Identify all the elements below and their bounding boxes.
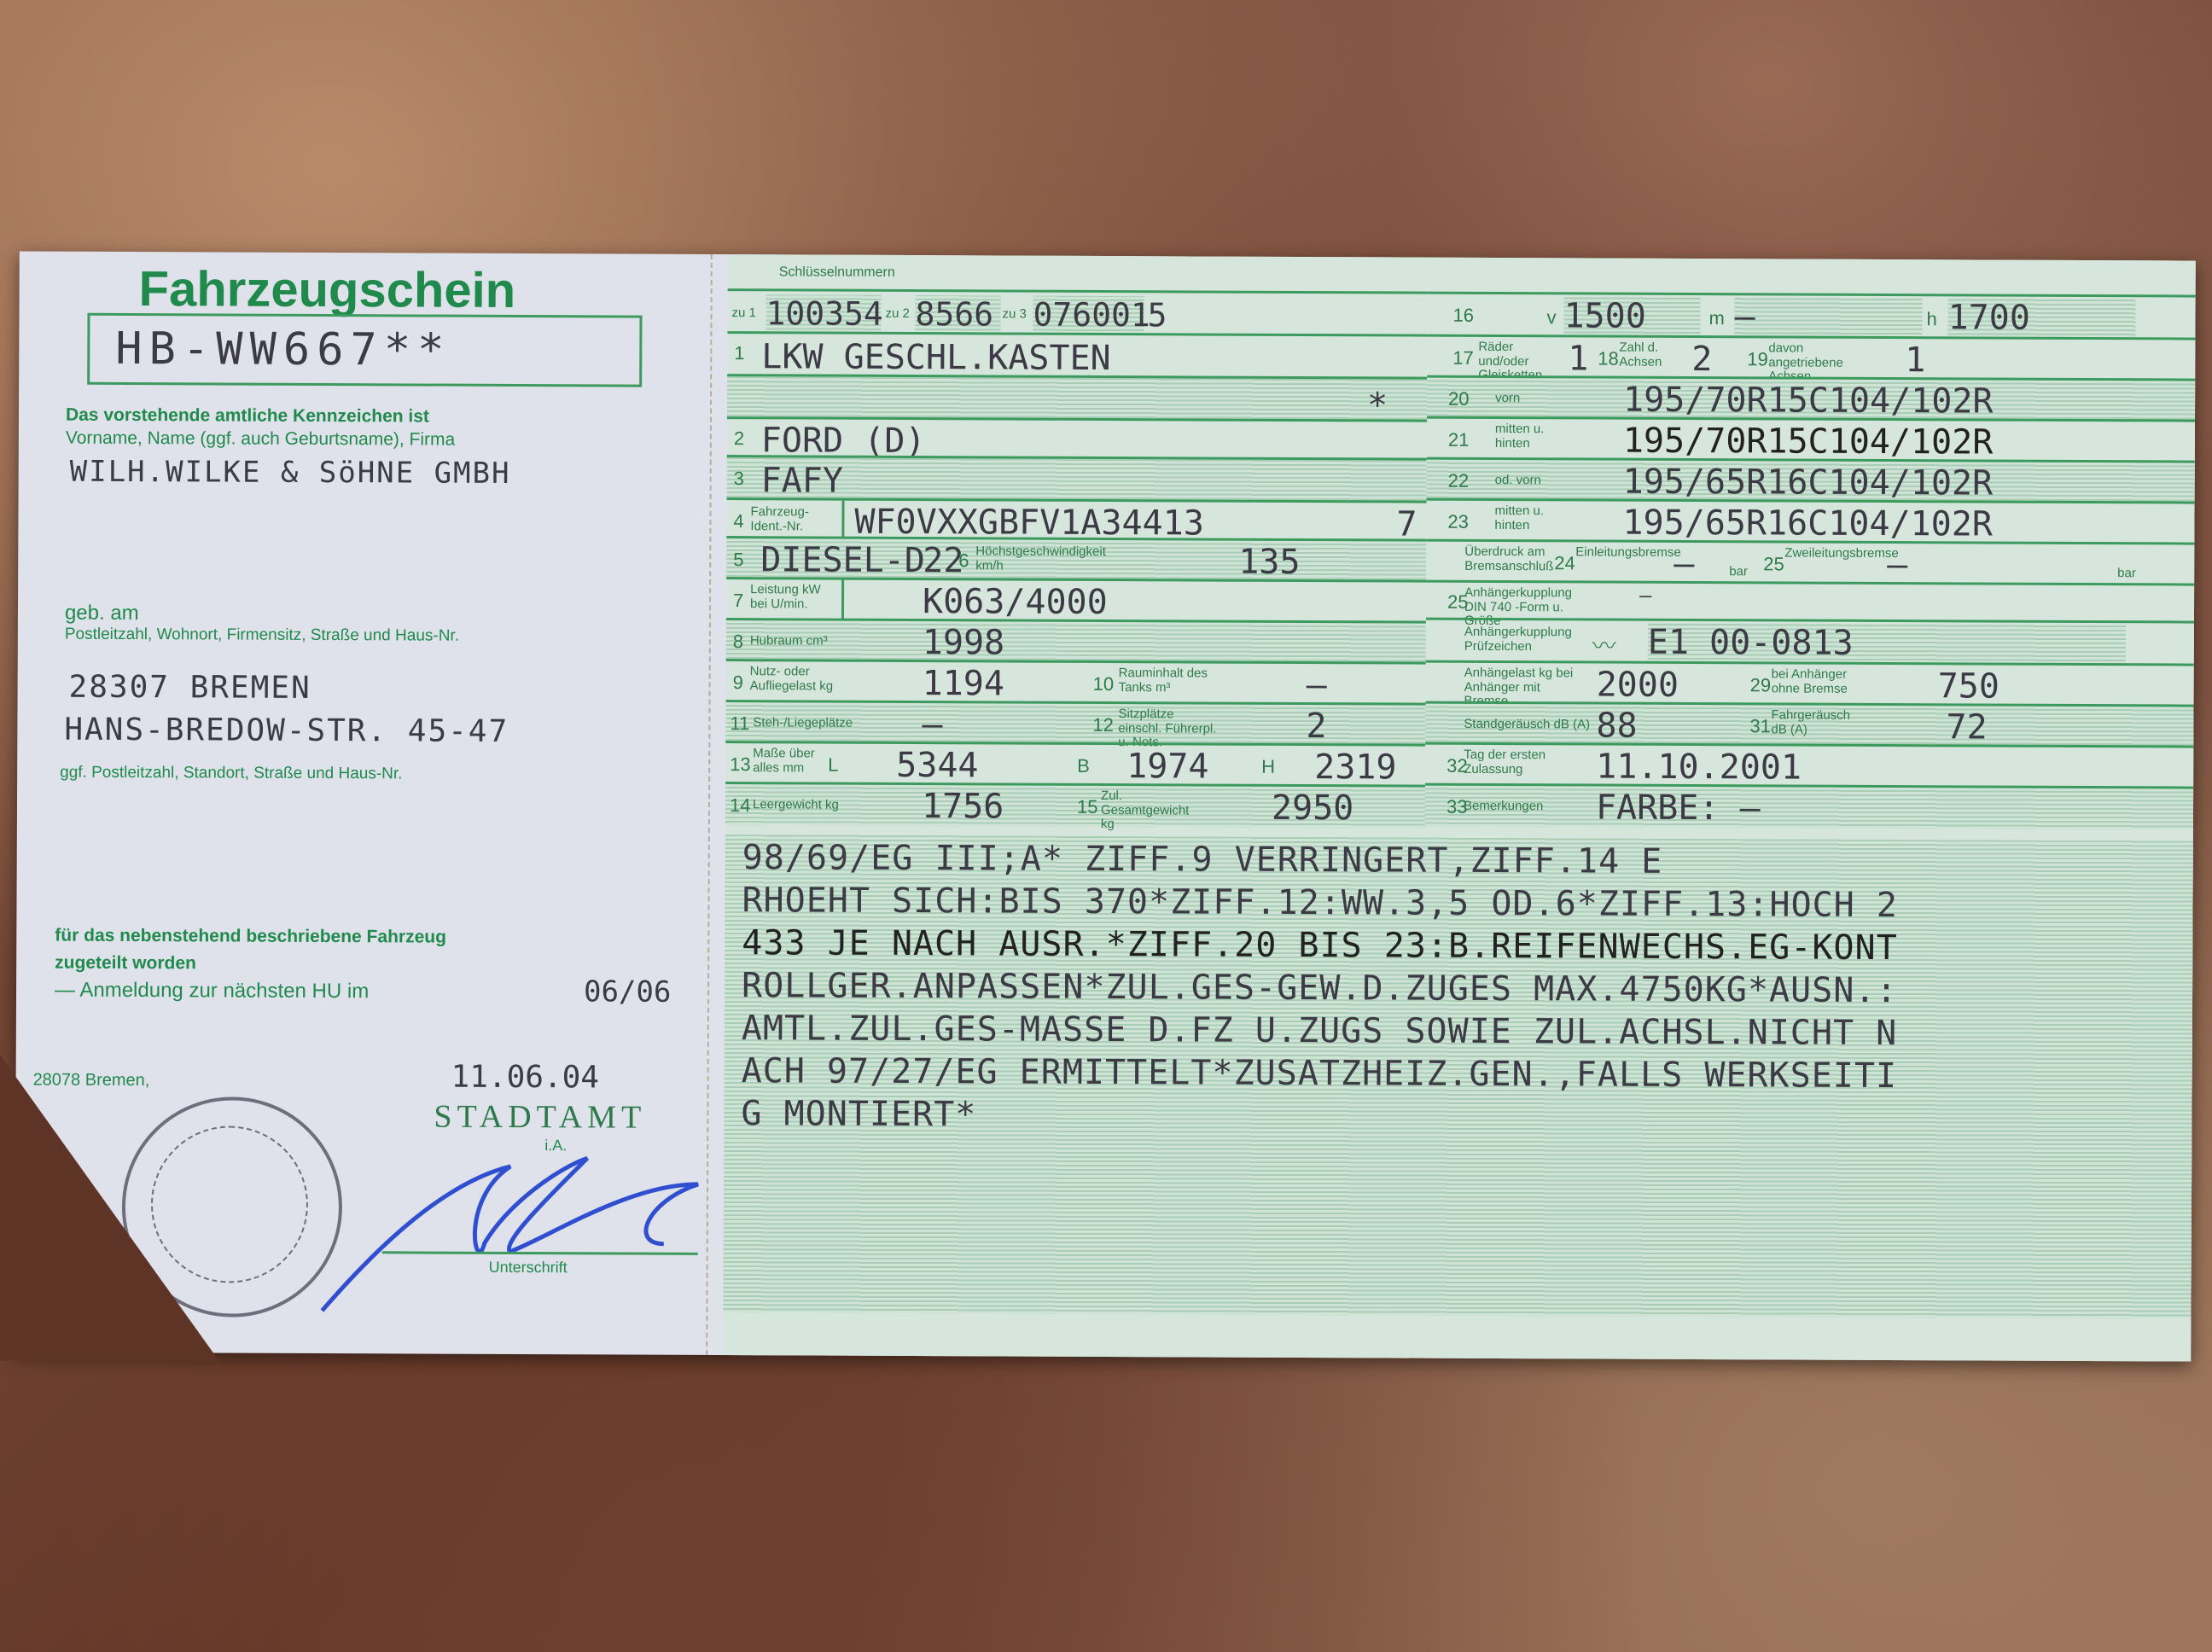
field-number: 1 (734, 342, 744, 364)
field-22: 22 od. vorn 195/65R16C104/102R (1427, 457, 2195, 504)
field-9-10: 9 Nutz- oder Aufliegelast kg 1194 10 Rau… (726, 659, 1426, 706)
empty-weight-label: Leergewicht kg (753, 798, 839, 812)
field-16: 16 v 1500 m — h 1700 (1427, 292, 2195, 340)
field-number: 15 (1077, 796, 1098, 818)
power-label: Leistung kW bei U/min. (750, 583, 835, 611)
field-30-31: Standgeräusch dB (A) 88 31 Fahrgeräusch … (1425, 701, 2193, 748)
key-number-1: 100354 (765, 294, 881, 333)
remarks-label: Bemerkungen (1464, 800, 1543, 814)
field-number: 11 (730, 713, 749, 735)
field-number: 5 (733, 549, 743, 571)
standing-places-value: — (922, 705, 942, 744)
field-number: 24 (1554, 552, 1575, 574)
remark-line: 98/69/EG III;A* ZIFF.9 VERRINGERT,ZIFF.1… (742, 838, 1663, 881)
field-26: 25 Anhängerkupplung DIN 740 -Form u. Grö… (1426, 580, 2194, 624)
field-number: 10 (1093, 673, 1115, 695)
standing-places-label: Steh-/Liegeplätze (753, 716, 853, 730)
key-number-2: 8566 (915, 295, 1000, 333)
remarks-block: 98/69/EG III;A* ZIFF.9 VERRINGERT,ZIFF.1… (723, 835, 2192, 1318)
driving-noise-value: 72 (1946, 707, 1987, 747)
dual-line-brake-value: — (1887, 545, 1907, 585)
fuel-type: DIESEL-D (760, 540, 925, 580)
axle-load-front: 1500 (1563, 296, 1700, 336)
color-value: FARBE: — (1596, 788, 1761, 829)
driving-noise-label: Fahrgeräusch dB (A) (1771, 708, 1865, 736)
tank-volume-value: — (1307, 666, 1327, 705)
owner-panel: Fahrzeugschein HB-WW667** Das vorstehend… (15, 251, 713, 1355)
signature-icon (305, 1149, 715, 1321)
field-number: 7 (733, 590, 743, 612)
tire-front-label: vorn (1495, 392, 1520, 406)
tire-alt-front-label: od. vorn (1495, 474, 1541, 488)
wheels-value: 1 (1568, 339, 1588, 378)
field-number: 21 (1448, 429, 1470, 451)
unit-label: bar (1729, 565, 1748, 579)
tire-rear-value: 195/70R15C104/102R (1623, 422, 1994, 462)
tank-volume-label: Rauminhalt des Tanks m³ (1119, 666, 1213, 695)
field-number: 20 (1448, 388, 1470, 410)
axles-value: 2 (1691, 340, 1712, 379)
single-line-brake-label: Einleitungsbremse (1575, 545, 1644, 560)
field-4: 4 Fahrzeug-Ident.-Nr. WF0VXXGBFV1A34413 … (726, 497, 1426, 542)
address-line-2: HANS-BREDOW-STR. 45-47 (64, 713, 509, 749)
tire-front-value: 195/70R15C104/102R (1623, 381, 1994, 422)
key-numbers-label: Schlüsselnummern (779, 265, 895, 280)
axle-load-middle: — (1734, 297, 1922, 337)
field-5-6: 5 DIESEL-D 22 6 Höchstgeschwindigkeit km… (726, 536, 1426, 583)
empty-weight-value: 1756 (922, 787, 1004, 826)
field-number: 12 (1092, 714, 1114, 736)
first-registration-label: Tag der ersten Zulassung (1464, 748, 1557, 777)
coupling-approval-value: E1 00-0813 (1648, 623, 2126, 664)
power-value: K063/4000 (923, 582, 1108, 622)
trailer-unbraked-value: 750 (1938, 666, 2000, 706)
address-label: Postleitzahl, Wohnort, Firmensitz, Straß… (65, 625, 459, 646)
address-line-1: 28307 BREMEN (69, 670, 311, 706)
remark-line: 433 JE NACH AUSR.*ZIFF.20 BIS 23:B.REIFE… (742, 923, 1898, 968)
vin-label: Fahrzeug-Ident.-Nr. (750, 505, 835, 533)
field-8: 8 Hubraum cm³ 1998 (726, 618, 1426, 665)
max-speed-value: 135 (1238, 543, 1300, 582)
field-20: 20 vorn 195/70R15C104/102R (1427, 375, 2195, 422)
plate-heading: Das vorstehende amtliche Kennzeichen ist (66, 405, 429, 428)
field-number: 17 (1452, 347, 1474, 369)
key-numbers-row: zu 1 100354 zu 2 8566 zu 3 076001 5 (727, 288, 1427, 337)
axles-label: Zahl d. Achsen (1619, 341, 1670, 369)
first-registration-value: 11.10.2001 (1596, 747, 1802, 788)
axle-load-rear: 1700 (1947, 298, 2135, 338)
license-plate: HB-WW667** (87, 313, 642, 387)
field-number: 3 (734, 468, 744, 490)
vehicle-type: LKW GESCHL.KASTEN (761, 337, 1111, 378)
name-label: Vorname, Name (ggf. auch Geburtsname), F… (66, 428, 455, 451)
approval-mark-icon: 〰 (1592, 627, 1616, 661)
field-13: 13 Maße über alles mm L 5344 B 1974 H 23… (725, 741, 1425, 788)
hu-label: — Anmeldung zur nächsten HU im (55, 979, 369, 1004)
coupling-din-value: — (1639, 584, 1652, 608)
payload-label: Nutz- oder Aufliegelast kg (750, 665, 835, 693)
tire-alt-front-value: 195/65R16C104/102R (1623, 462, 1994, 503)
field-number: 19 (1747, 348, 1768, 370)
dimensions-label: Maße über alles mm (753, 747, 821, 775)
key-number-3-check: 5 (1147, 296, 1167, 334)
stationary-noise-label: Standgeräusch dB (A) (1464, 718, 1590, 732)
field-11-12: 11 Steh-/Liegeplätze — 12 Sitzplätze ein… (725, 700, 1425, 747)
assigned-text-1: für das nebenstehend beschriebene Fahrze… (55, 926, 446, 948)
remark-line: ROLLGER.ANPASSEN*ZUL.GES-GEW.D.ZUGES MAX… (742, 966, 1898, 1010)
signature-label: Unterschrift (489, 1259, 568, 1277)
field-33: 33 Bemerkungen FARBE: — (1425, 783, 2193, 830)
field-number: 6 (958, 550, 969, 572)
assigned-text-2: zugeteilt worden (55, 953, 196, 974)
field-1-continued: * (727, 374, 1427, 422)
height-value: 2319 (1314, 747, 1397, 787)
field-2: 2 FORD (D) (727, 416, 1427, 461)
brake-pressure-label: Überdruck am Bremsanschluß (1464, 545, 1550, 573)
authority: STADTAMT (434, 1098, 646, 1137)
dual-line-brake-label: Zweileitungsbremse (1784, 546, 1861, 561)
seats-value: 2 (1306, 707, 1326, 746)
field-1: 1 LKW GESCHL.KASTEN (727, 331, 1427, 380)
remark-line: ACH 97/27/EG ERMITTELT*ZUSATZHEIZ.GEN.,F… (742, 1051, 1898, 1096)
field-21: 21 mitten u. hinten 195/70R15C104/102R (1427, 416, 2195, 463)
field-24-25: Überdruck am Bremsanschluß 24 Einleitung… (1426, 539, 2194, 586)
field-number: 18 (1598, 348, 1619, 370)
vehicle-model: FAFY (761, 461, 844, 500)
issue-date: 11.06.04 (451, 1060, 600, 1096)
stationary-noise-value: 88 (1596, 707, 1637, 746)
width-value: 1974 (1126, 747, 1209, 786)
remark-line: G MONTIERT* (741, 1094, 976, 1134)
folded-corner (0, 1053, 221, 1361)
field-number: 22 (1448, 470, 1470, 492)
length-value: 5344 (896, 746, 979, 785)
field-number: 31 (1749, 715, 1771, 737)
hu-date: 06/06 (584, 974, 672, 1009)
max-speed-label: Höchstgeschwindigkeit km/h (975, 544, 1061, 573)
born-label: geb. am (65, 602, 139, 625)
field-number: 9 (733, 672, 743, 694)
single-line-brake-value: — (1674, 544, 1694, 584)
vehicle-registration-document: Fahrzeugschein HB-WW667** Das vorstehend… (15, 251, 2196, 1361)
trailer-unbraked-label: bei Anhänger ohne Bremse (1772, 667, 1866, 695)
field-14-15: 14 Leergewicht kg 1756 15 Zul. Gesamtgew… (725, 782, 1425, 829)
document-title: Fahrzeugschein (138, 260, 515, 319)
remark-line: AMTL.ZUL.GES-MASSE D.FZ U.ZUGS SOWIE ZUL… (742, 1009, 1898, 1053)
field-number: 14 (730, 794, 751, 817)
field-number: 16 (1452, 305, 1474, 327)
gross-weight-value: 2950 (1272, 788, 1354, 828)
zu3-label: zu 3 (1002, 307, 1026, 322)
field-number: 29 (1750, 674, 1772, 696)
field-27: Anhängerkupplung Prüfzeichen 〰 E1 00-081… (1426, 618, 2194, 666)
zu1-label: zu 1 (731, 306, 755, 321)
field-17-19: 17 Räder und/oder Gleisketten 1 18 Zahl … (1427, 334, 2195, 381)
field-number: 13 (730, 753, 751, 776)
tire-alt-rear-label: mitten u. hinten (1494, 504, 1545, 532)
driven-axles-value: 1 (1905, 340, 1925, 380)
field-28-29: Anhängelast kg bei Anhänger mit Bremse 2… (1426, 660, 2194, 707)
field-number: 2 (734, 428, 744, 450)
gross-weight-label: Zul. Gesamtgewicht kg (1101, 789, 1195, 832)
key-number-3: 076001 (1033, 296, 1144, 334)
field-number: 8 (733, 631, 743, 653)
field-32: 32 Tag der ersten Zulassung 11.10.2001 (1425, 742, 2193, 789)
trailer-braked-value: 2000 (1597, 666, 1679, 705)
tire-alt-rear-value: 195/65R16C104/102R (1622, 503, 1993, 544)
coupling-approval-label: Anhängerkupplung Prüfzeichen (1464, 625, 1575, 654)
tire-rear-label: mitten u. hinten (1495, 422, 1546, 451)
zu2-label: zu 2 (885, 307, 909, 322)
displacement-label: Hubraum cm³ (750, 634, 828, 649)
field-number: 23 (1447, 511, 1469, 533)
field-number: 4 (733, 510, 743, 532)
payload-value: 1194 (923, 664, 1005, 703)
field-7: 7 Leistung kW bei U/min. K063/4000 (726, 577, 1426, 624)
remark-line: RHOEHT SICH:BIS 370*ZIFF.12:WW.3,5 OD.6*… (742, 881, 1898, 925)
unit-label: bar (2117, 567, 2136, 581)
standort-label: ggf. Postleitzahl, Standort, Straße und … (60, 764, 402, 784)
field-23: 23 mitten u. hinten 195/65R16C104/102R (1426, 498, 2194, 545)
owner-name: WILH.WILKE & SöHNE GMBH (70, 455, 511, 491)
field-3: 3 FAFY (727, 455, 1427, 503)
displacement-value: 1998 (923, 623, 1005, 662)
field-number: 25 (1763, 553, 1784, 575)
